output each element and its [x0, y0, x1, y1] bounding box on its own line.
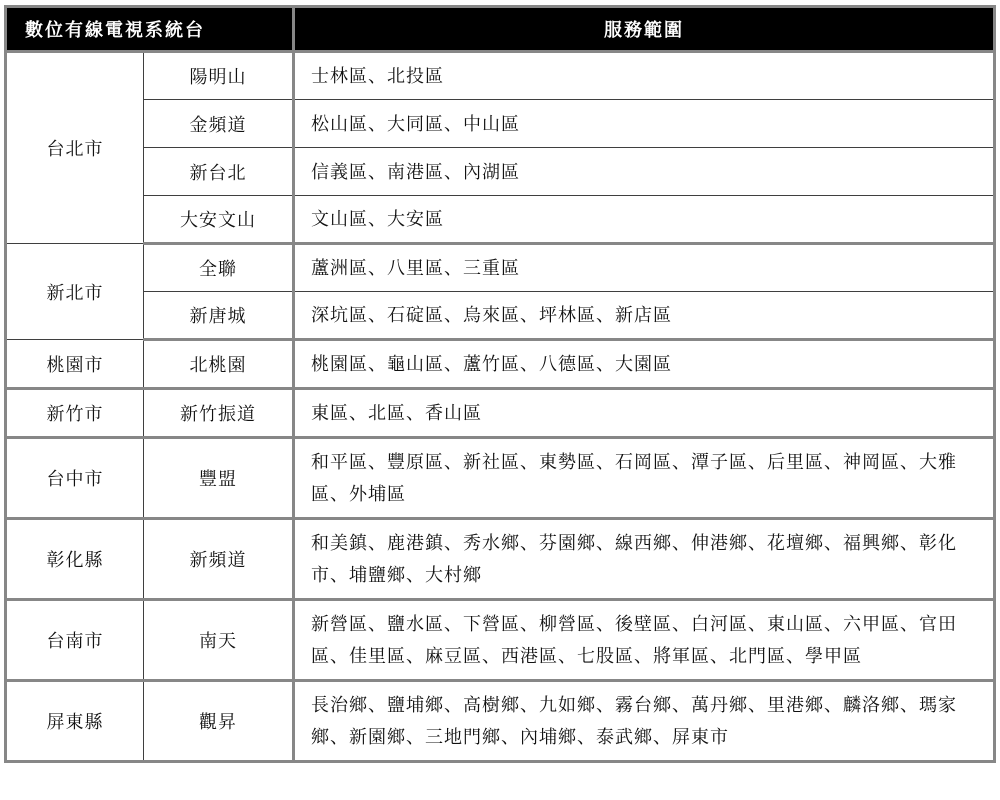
table-row: 屏東縣觀昇長治鄉、鹽埔鄉、高樹鄉、九如鄉、霧台鄉、萬丹鄉、里港鄉、麟洛鄉、瑪家鄉…: [6, 681, 995, 762]
service-area-cell: 和平區、豐原區、新社區、東勢區、石岡區、潭子區、后里區、神岡區、大雅區、外埔區: [294, 438, 995, 519]
service-area-cell: 東區、北區、香山區: [294, 389, 995, 438]
operator-cell: 金頻道: [144, 100, 294, 148]
table-row: 新台北信義區、南港區、內湖區: [6, 148, 995, 196]
cable-tv-operators-table: 數位有線電視系統台 服務範圍 台北市陽明山士林區、北投區金頻道松山區、大同區、中…: [4, 5, 996, 763]
service-area-cell: 松山區、大同區、中山區: [294, 100, 995, 148]
table-row: 台中市豐盟和平區、豐原區、新社區、東勢區、石岡區、潭子區、后里區、神岡區、大雅區…: [6, 438, 995, 519]
page-content: 數位有線電視系統台 服務範圍 台北市陽明山士林區、北投區金頻道松山區、大同區、中…: [0, 0, 1000, 763]
operator-cell: 南天: [144, 600, 294, 681]
region-cell: 新竹市: [6, 389, 144, 438]
operator-cell: 新頻道: [144, 519, 294, 600]
table-row: 桃園市北桃園桃園區、龜山區、蘆竹區、八德區、大園區: [6, 340, 995, 389]
service-area-cell: 長治鄉、鹽埔鄉、高樹鄉、九如鄉、霧台鄉、萬丹鄉、里港鄉、麟洛鄉、瑪家鄉、新園鄉、…: [294, 681, 995, 762]
table-row: 新唐城深坑區、石碇區、烏來區、坪林區、新店區: [6, 292, 995, 340]
service-area-cell: 深坑區、石碇區、烏來區、坪林區、新店區: [294, 292, 995, 340]
table-row: 台南市南天新營區、鹽水區、下營區、柳營區、後壁區、白河區、東山區、六甲區、官田區…: [6, 600, 995, 681]
operator-cell: 觀昇: [144, 681, 294, 762]
service-area-cell: 新營區、鹽水區、下營區、柳營區、後壁區、白河區、東山區、六甲區、官田區、佳里區、…: [294, 600, 995, 681]
table-row: 台北市陽明山士林區、北投區: [6, 52, 995, 100]
table-row: 新竹市新竹振道東區、北區、香山區: [6, 389, 995, 438]
operator-cell: 陽明山: [144, 52, 294, 100]
table-row: 大安文山文山區、大安區: [6, 196, 995, 244]
service-area-cell: 蘆洲區、八里區、三重區: [294, 244, 995, 292]
service-area-cell: 士林區、北投區: [294, 52, 995, 100]
operator-cell: 豐盟: [144, 438, 294, 519]
operator-cell: 全聯: [144, 244, 294, 292]
region-cell: 新北市: [6, 244, 144, 340]
region-cell: 屏東縣: [6, 681, 144, 762]
service-area-cell: 桃園區、龜山區、蘆竹區、八德區、大園區: [294, 340, 995, 389]
header-service-column: 服務範圍: [294, 7, 995, 52]
table-header: 數位有線電視系統台 服務範圍: [6, 7, 995, 52]
header-row: 數位有線電視系統台 服務範圍: [6, 7, 995, 52]
table-row: 新北市全聯蘆洲區、八里區、三重區: [6, 244, 995, 292]
region-cell: 台南市: [6, 600, 144, 681]
table-body: 台北市陽明山士林區、北投區金頻道松山區、大同區、中山區新台北信義區、南港區、內湖…: [6, 52, 995, 762]
header-system-column: 數位有線電視系統台: [6, 7, 294, 52]
operator-cell: 大安文山: [144, 196, 294, 244]
operator-cell: 新竹振道: [144, 389, 294, 438]
region-cell: 桃園市: [6, 340, 144, 389]
service-area-cell: 信義區、南港區、內湖區: [294, 148, 995, 196]
region-cell: 台北市: [6, 52, 144, 244]
region-cell: 台中市: [6, 438, 144, 519]
service-area-cell: 和美鎮、鹿港鎮、秀水鄉、芬園鄉、線西鄉、伸港鄉、花壇鄉、福興鄉、彰化市、埔鹽鄉、…: [294, 519, 995, 600]
operator-cell: 新台北: [144, 148, 294, 196]
region-cell: 彰化縣: [6, 519, 144, 600]
operator-cell: 新唐城: [144, 292, 294, 340]
table-row: 彰化縣新頻道和美鎮、鹿港鎮、秀水鄉、芬園鄉、線西鄉、伸港鄉、花壇鄉、福興鄉、彰化…: [6, 519, 995, 600]
operator-cell: 北桃園: [144, 340, 294, 389]
service-area-cell: 文山區、大安區: [294, 196, 995, 244]
table-row: 金頻道松山區、大同區、中山區: [6, 100, 995, 148]
